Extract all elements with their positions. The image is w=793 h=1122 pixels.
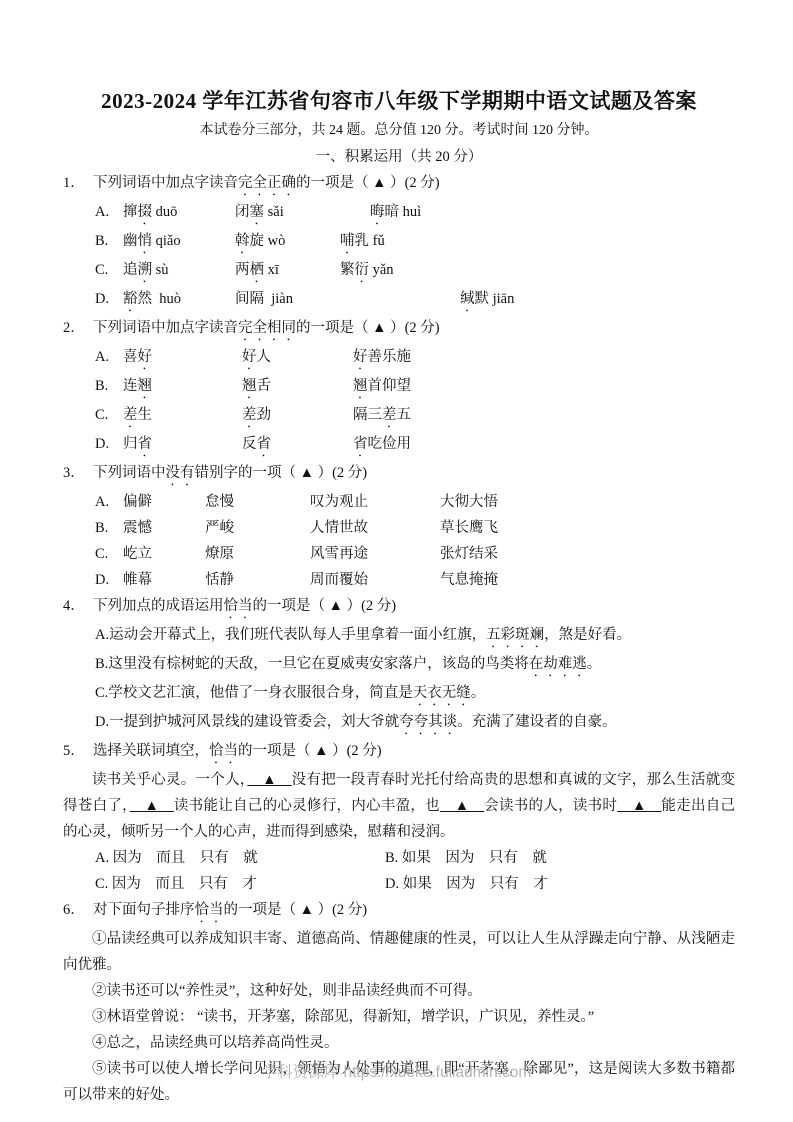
page-title: 2023-2024 学年江苏省句容市八年级下学期期中语文试题及答案 bbox=[63, 86, 735, 116]
option-cell: 撺掇 duō bbox=[123, 199, 235, 228]
option-row-d: D. 归省 反省 省吃俭用 bbox=[63, 431, 735, 460]
option-cell: 帷幕 bbox=[123, 567, 205, 593]
question-6-stem: 6．对下面句子排序恰当的一项是（ ▲ ）(2 分) bbox=[63, 897, 735, 926]
option-cell: 震憾 bbox=[123, 515, 205, 541]
option-label: C. bbox=[95, 541, 123, 567]
option-text: 一提到护城河风景线的建设管委会，刘大爷就夸夸其谈。充满了建设者的自豪。 bbox=[109, 714, 617, 730]
option-label: B. bbox=[95, 656, 108, 672]
option-label: B. bbox=[95, 373, 123, 402]
option-row-c: C. 追溯 sù 两栖 xī 繁衍 yǎn bbox=[63, 257, 735, 286]
option-cell: 翘首仰望 bbox=[353, 373, 411, 402]
option-cell: 喜好 bbox=[123, 344, 242, 373]
question-stem-text: 下列词语中加点字读音完全相同的一项是（ ▲ ）(2 分) bbox=[93, 320, 440, 336]
option-cell: 缄默 jiān bbox=[460, 286, 514, 315]
question-2-stem: 2．下列词语中加点字读音完全相同的一项是（ ▲ ）(2 分) bbox=[63, 315, 735, 344]
question-number: 6． bbox=[63, 897, 93, 923]
option-row-c: C. 屹立 燎原 风雪再途 张灯结采 bbox=[63, 541, 735, 567]
exam-content: 2023-2024 学年江苏省句容市八年级下学期期中语文试题及答案 本试卷分三部… bbox=[0, 0, 793, 1108]
option-cell: 归省 bbox=[123, 431, 242, 460]
question-5: 5．选择关联词填空，恰当的一项是（ ▲ ）(2 分) 读书关乎心灵。一个人， ▲… bbox=[63, 738, 735, 897]
question-number: 3． bbox=[63, 460, 93, 486]
option-cell: 气息掩掩 bbox=[440, 567, 498, 593]
option-row-a: A. 撺掇 duō 闭塞 sǎi 晦暗 huì bbox=[63, 199, 735, 228]
question-3-stem: 3．下列词语中没有错别字的一项（ ▲ ）(2 分) bbox=[63, 460, 735, 489]
option-cell: 屹立 bbox=[123, 541, 205, 567]
question-2: 2．下列词语中加点字读音完全相同的一项是（ ▲ ）(2 分) A. 喜好 好人 … bbox=[63, 315, 735, 460]
option-label: C. bbox=[95, 257, 123, 286]
option-label: D. bbox=[95, 286, 123, 315]
option-text: 运动会开幕式上，我们班代表队每人手里拿着一面小红旗，五彩斑斓，煞是好看。 bbox=[109, 627, 631, 643]
option-cell: 叹为观止 bbox=[310, 489, 440, 515]
option-cell: 省吃俭用 bbox=[353, 431, 411, 460]
option-label: A. bbox=[95, 627, 109, 643]
question-5-stem: 5．选择关联词填空，恰当的一项是（ ▲ ）(2 分) bbox=[63, 738, 735, 767]
question-number: 4． bbox=[63, 593, 93, 619]
option-cell: 草长鹰飞 bbox=[440, 515, 498, 541]
option-row-a: A. 偏僻 怠慢 叹为观止 大彻大悟 bbox=[63, 489, 735, 515]
option-cell: 怠慢 bbox=[205, 489, 310, 515]
option-cell: 闭塞 sǎi bbox=[235, 199, 340, 228]
option-text: 这里没有棕树蛇的天敌，一旦它在夏威夷安家落户，该岛的鸟类将在劫难逃。 bbox=[108, 656, 601, 672]
option-cell: 张灯结采 bbox=[440, 541, 498, 567]
option-cell: 周而覆始 bbox=[310, 567, 440, 593]
option-cell: 差生 bbox=[123, 402, 242, 431]
sentence-1: ①品读经典可以养成知识丰寄、道德高尚、情趣健康的性灵，可以让人生从浮躁走向宁静、… bbox=[63, 926, 735, 978]
option-cell: 两栖 xī bbox=[235, 257, 340, 286]
exam-page: 2023-2024 学年江苏省句容市八年级下学期期中语文试题及答案 本试卷分三部… bbox=[0, 0, 793, 1122]
option-cell: 豁然 huò bbox=[123, 286, 235, 315]
option-label: D. bbox=[95, 714, 109, 730]
option-cell: 哺乳 fǔ bbox=[340, 228, 385, 257]
option-d: D. 如果 因为 只有 才 bbox=[385, 871, 548, 897]
option-row-d: D. 帷幕 恬静 周而覆始 气息掩掩 bbox=[63, 567, 735, 593]
option-cell: 连翘 bbox=[123, 373, 242, 402]
option-cell: 大彻大悟 bbox=[440, 489, 498, 515]
sentence-3: ③林语堂曾说： “读书，开茅塞，除部见，得新知，增学识，广识见，养性灵。” bbox=[63, 1004, 735, 1030]
question-stem-text: 下列加点的成语运用恰当的一项是（ ▲ ）(2 分) bbox=[93, 598, 396, 614]
question-1: 1．下列词语中加点字读音完全正确的一项是（ ▲ ）(2 分) A. 撺掇 duō… bbox=[63, 170, 735, 315]
option-row-b: B. 幽悄 qiǎo 斡旋 wò 哺乳 fǔ bbox=[63, 228, 735, 257]
question-3: 3．下列词语中没有错别字的一项（ ▲ ）(2 分) A. 偏僻 怠慢 叹为观止 … bbox=[63, 460, 735, 593]
option-label: B. bbox=[95, 228, 123, 257]
option-row-ab: A. 因为 而且 只有 就 B. 如果 因为 只有 就 bbox=[63, 845, 735, 871]
question-4: 4．下列加点的成语运用恰当的一项是（ ▲ ）(2 分) A.运动会开幕式上，我们… bbox=[63, 593, 735, 738]
option-cell: 好善乐施 bbox=[353, 344, 411, 373]
sentence-4: ④总之，品读经典可以培养高尚性灵。 bbox=[63, 1030, 735, 1056]
option-row-d: D. 豁然 huò 间隔 jiàn 缄默 jiān bbox=[63, 286, 735, 315]
question-number: 1． bbox=[63, 170, 93, 196]
question-1-stem: 1．下列词语中加点字读音完全正确的一项是（ ▲ ）(2 分) bbox=[63, 170, 735, 199]
option-a: A. 因为 而且 只有 就 bbox=[95, 845, 385, 871]
sentence-2: ②读书还可以“养性灵”，这种好处，则非品读经典而不可得。 bbox=[63, 978, 735, 1004]
question-number: 2． bbox=[63, 315, 93, 341]
option-cell: 人情世故 bbox=[310, 515, 440, 541]
option-cell: 幽悄 qiǎo bbox=[123, 228, 235, 257]
option-label: C. bbox=[95, 402, 123, 431]
option-label: D. bbox=[95, 431, 123, 460]
question-number: 5． bbox=[63, 738, 93, 764]
option-cell: 翘舌 bbox=[242, 373, 353, 402]
option-cell: 晦暗 huì bbox=[370, 199, 421, 228]
option-d: D.一提到护城河风景线的建设管委会，刘大爷就夸夸其谈。充满了建设者的自豪。 bbox=[63, 709, 735, 738]
option-cell: 隔三差五 bbox=[353, 402, 411, 431]
option-row-b: B. 震憾 严峻 人情世故 草长鹰飞 bbox=[63, 515, 735, 541]
option-label: A. bbox=[95, 489, 123, 515]
question-stem-text: 下列词语中加点字读音完全正确的一项是（ ▲ ）(2 分) bbox=[93, 175, 440, 191]
option-cell: 风雪再途 bbox=[310, 541, 440, 567]
option-cell: 反省 bbox=[242, 431, 353, 460]
exam-info-line: 本试卷分三部分，共 24 题。总分值 120 分。考试时间 120 分钟。 bbox=[63, 118, 735, 144]
option-cell: 严峻 bbox=[205, 515, 310, 541]
option-text: 学校文艺汇演，他借了一身衣服很合身，简直是天衣无缝。 bbox=[108, 685, 485, 701]
option-cell: 繁衍 yǎn bbox=[340, 257, 394, 286]
option-label: C. bbox=[95, 685, 108, 701]
option-row-cd: C. 因为 而且 只有 才 D. 如果 因为 只有 才 bbox=[63, 871, 735, 897]
option-row-c: C. 差生 差劲 隔三差五 bbox=[63, 402, 735, 431]
question-stem-text: 对下面句子排序恰当的一项是（ ▲ ）(2 分) bbox=[93, 902, 367, 918]
option-row-a: A. 喜好 好人 好善乐施 bbox=[63, 344, 735, 373]
option-c: C.学校文艺汇演，他借了一身衣服很合身，简直是天衣无缝。 bbox=[63, 680, 735, 709]
option-cell: 燎原 bbox=[205, 541, 310, 567]
question-stem-text: 选择关联词填空，恰当的一项是（ ▲ ）(2 分) bbox=[93, 743, 382, 759]
option-row-b: B. 连翘 翘舌 翘首仰望 bbox=[63, 373, 735, 402]
option-label: A. bbox=[95, 199, 123, 228]
section-heading: 一、积累运用（共 20 分） bbox=[63, 144, 735, 170]
option-a: A.运动会开幕式上，我们班代表队每人手里拿着一面小红旗，五彩斑斓，煞是好看。 bbox=[63, 622, 735, 651]
option-cell: 偏僻 bbox=[123, 489, 205, 515]
option-c: C. 因为 而且 只有 才 bbox=[95, 871, 385, 897]
question-4-stem: 4．下列加点的成语运用恰当的一项是（ ▲ ）(2 分) bbox=[63, 593, 735, 622]
question-stem-text: 下列词语中没有错别字的一项（ ▲ ）(2 分) bbox=[93, 465, 367, 481]
option-label: D. bbox=[95, 567, 123, 593]
option-cell: 追溯 sù bbox=[123, 257, 235, 286]
option-label: A. bbox=[95, 344, 123, 373]
option-cell: 间隔 jiàn bbox=[235, 286, 340, 315]
option-cell: 好人 bbox=[242, 344, 353, 373]
option-cell: 恬静 bbox=[205, 567, 310, 593]
option-b: B. 如果 因为 只有 就 bbox=[385, 845, 547, 871]
option-label: B. bbox=[95, 515, 123, 541]
option-cell: 差劲 bbox=[242, 402, 353, 431]
option-b: B.这里没有棕树蛇的天敌，一旦它在夏威夷安家落户，该岛的鸟类将在劫难逃。 bbox=[63, 651, 735, 680]
option-cell: 斡旋 wò bbox=[235, 228, 340, 257]
fill-in-passage: 读书关乎心灵。一个人， ▲ 没有把一段青春时光托付给高贵的思想和真诚的文字，那么… bbox=[63, 767, 735, 845]
footer-watermark: 学科资源库 https://xueke.fuliadmin.com bbox=[0, 1060, 793, 1086]
